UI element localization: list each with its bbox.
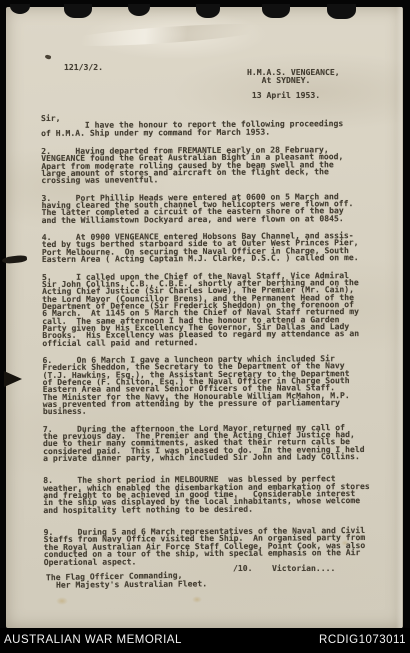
letter-paragraph-5: 5. I called upon the Chief of the Naval … bbox=[42, 271, 394, 347]
binding-mark bbox=[64, 4, 92, 18]
paper-crease bbox=[61, 20, 272, 51]
stain bbox=[56, 597, 68, 605]
letter-paragraph-4: 4. At 0900 VENGEANCE entered Hobsons Bay… bbox=[42, 232, 394, 264]
binding-mark bbox=[327, 4, 356, 19]
letter-page: 121/3/2. H.M.A.S. VENGEANCE, At SYDNEY. … bbox=[6, 7, 403, 628]
archive-name: AUSTRALIAN WAR MEMORIAL bbox=[4, 634, 182, 646]
page-continuation-mark: /10. Victorian.... bbox=[233, 565, 335, 572]
reference-number: 121/3/2. bbox=[64, 64, 103, 71]
binding-mark bbox=[262, 4, 290, 18]
ink-speck bbox=[44, 54, 51, 60]
binding-mark bbox=[196, 4, 220, 18]
letter-paragraph-8: 8. The short period in MELBOURNE was ble… bbox=[43, 475, 395, 514]
letter-body: Sir, I have the honour to report the fol… bbox=[41, 113, 396, 576]
letter-paragraph-9: 9. During 5 and 6 March representatives … bbox=[44, 527, 396, 566]
item-id: RCDIG1073011 bbox=[319, 634, 406, 646]
salutation-paragraph: Sir, I have the honour to report the fol… bbox=[41, 113, 393, 137]
scan-artifact-dash bbox=[2, 255, 28, 265]
archive-footer-bar: AUSTRALIAN WAR MEMORIAL RCDIG1073011 bbox=[0, 628, 410, 653]
scan-artifact-triangle bbox=[4, 371, 22, 387]
addressee-line-2: Her Majesty's Australian Fleet. bbox=[56, 580, 207, 589]
letter-paragraph-2: 2. Having departed from FREMANTLE early … bbox=[41, 146, 393, 185]
letterhead: H.M.A.S. VENGEANCE, At SYDNEY. 13 April … bbox=[247, 69, 340, 99]
binding-mark bbox=[128, 4, 150, 16]
letter-paragraph-3: 3. Port Phillip Heads were entered at 06… bbox=[41, 193, 393, 225]
paper-edge-highlight bbox=[396, 7, 402, 628]
stain bbox=[192, 596, 202, 603]
binding-mark bbox=[10, 4, 30, 14]
letter-paragraph-6: 6. On 6 March I gave a luncheon party wh… bbox=[42, 355, 394, 416]
letter-paragraph-7: 7. During the afternoon the Lord Mayor r… bbox=[43, 424, 395, 463]
